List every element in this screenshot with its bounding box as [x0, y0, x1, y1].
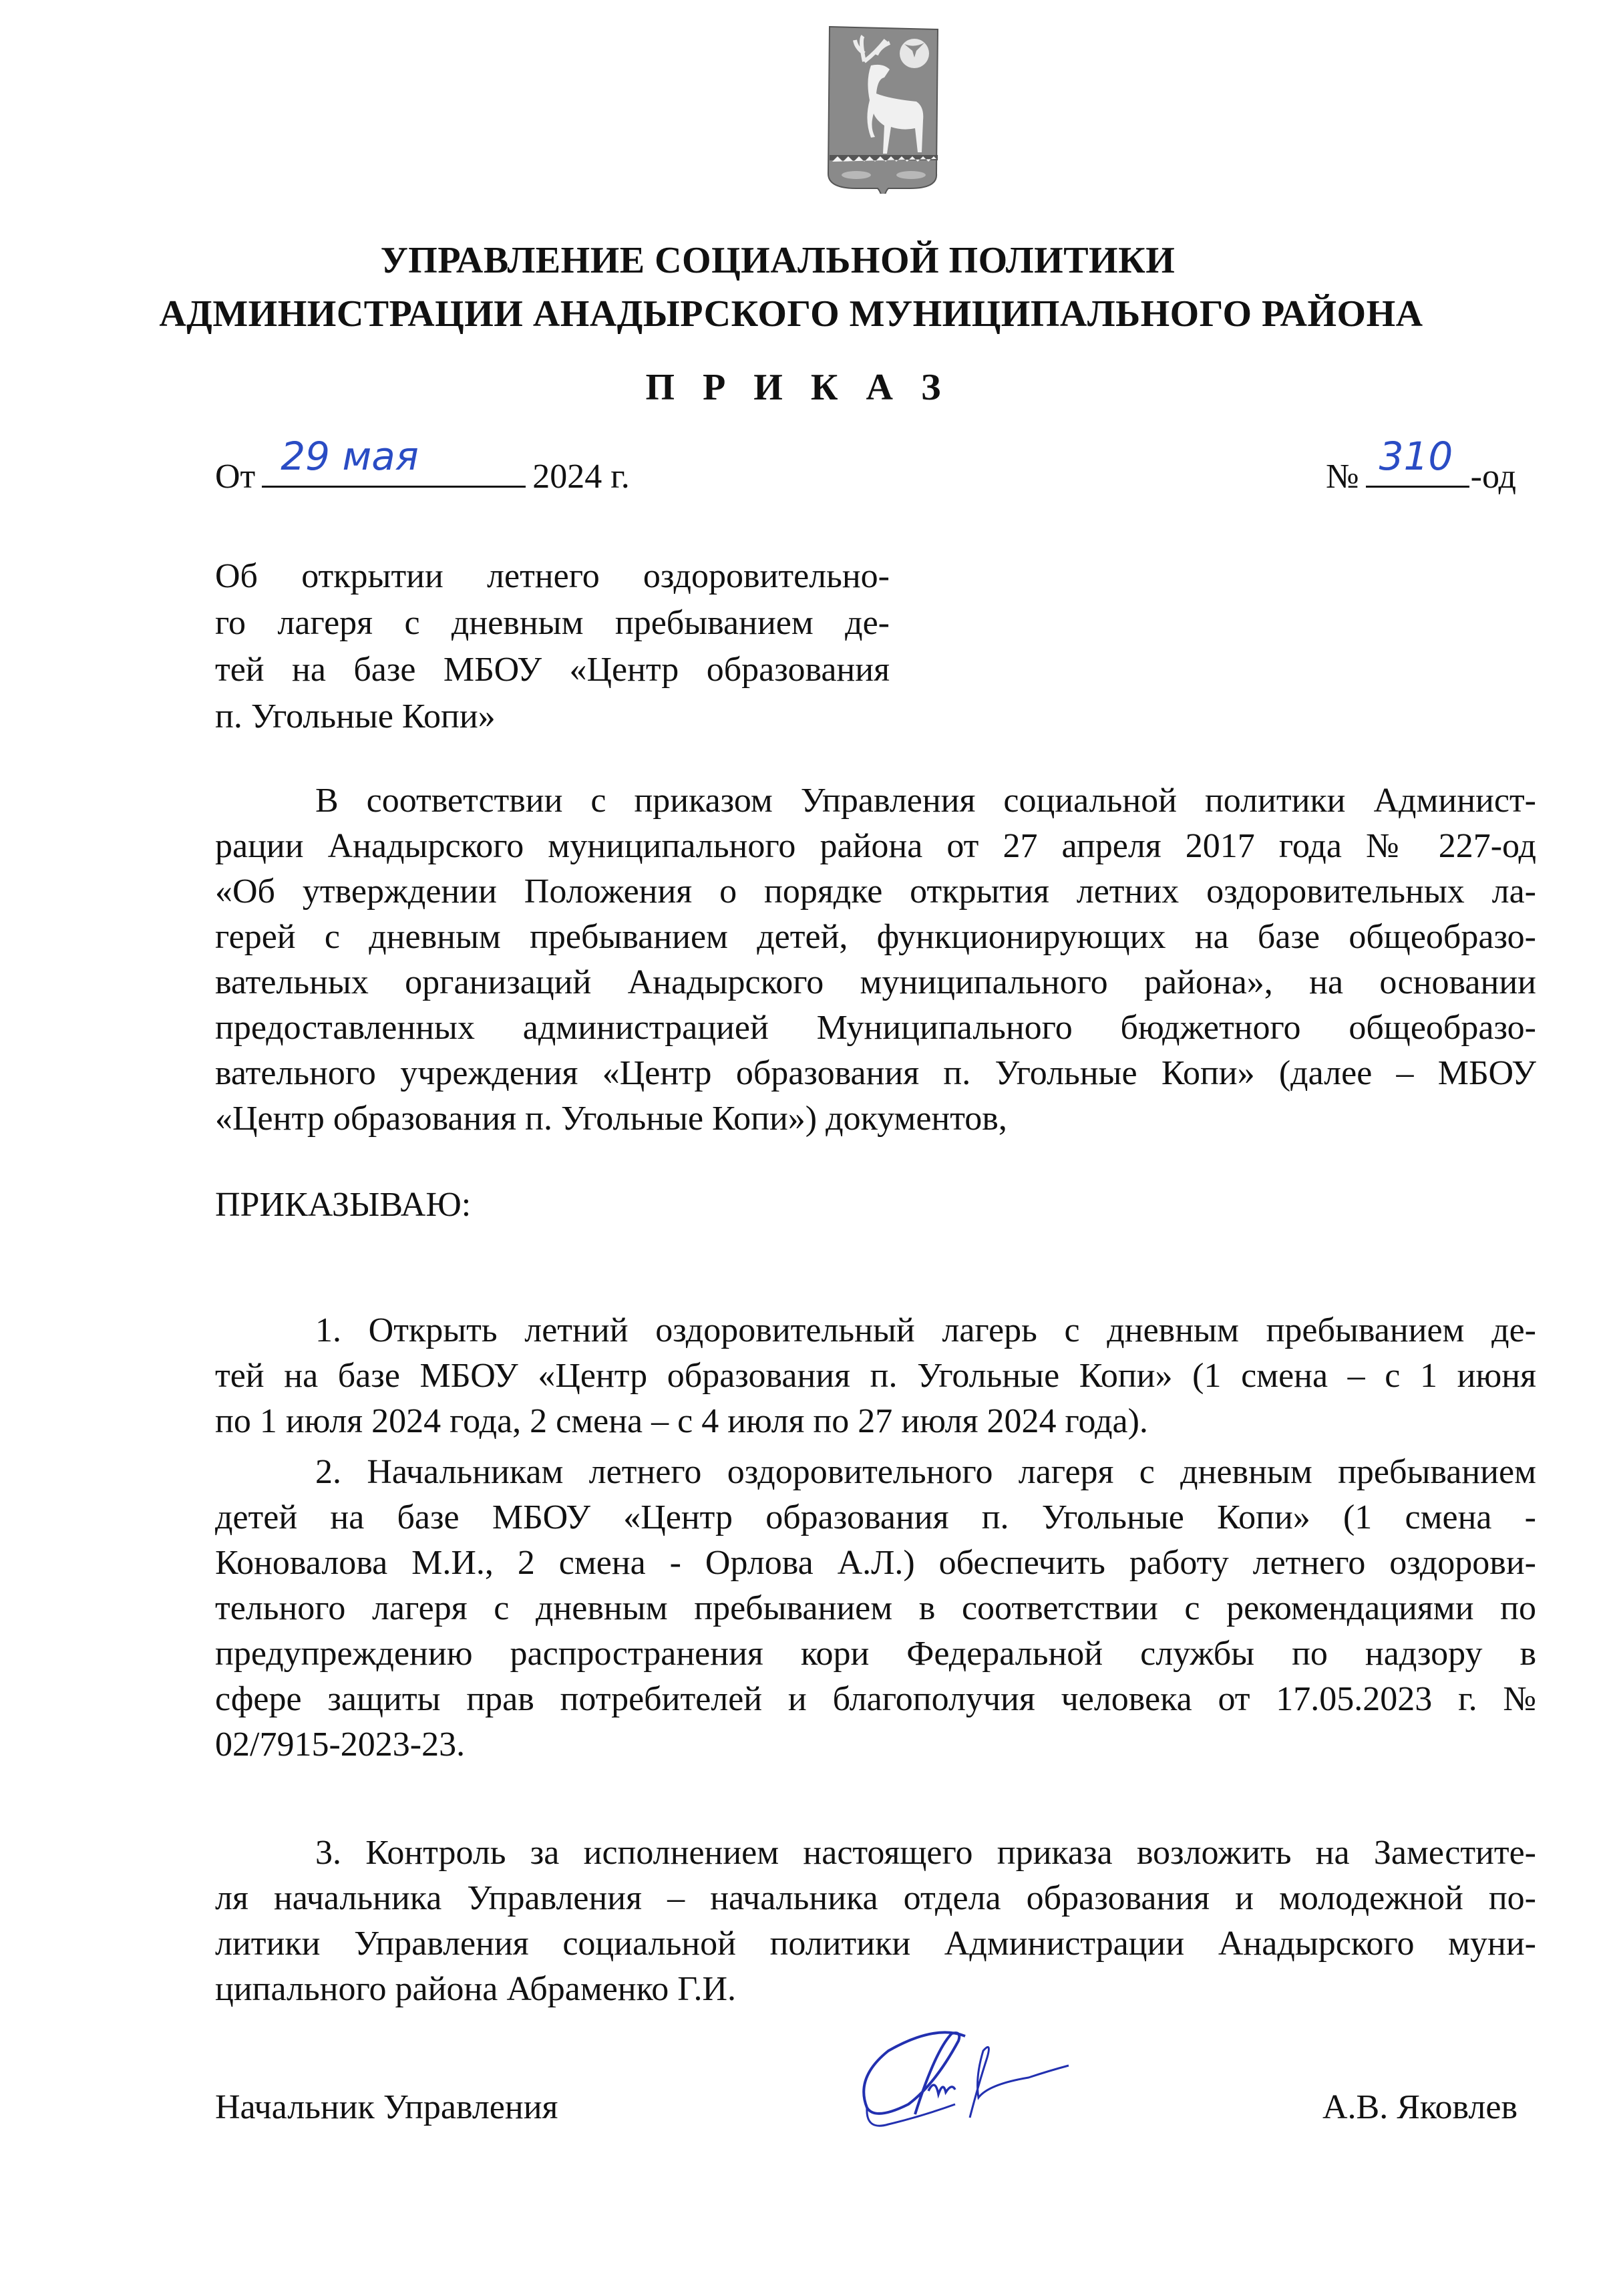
text-line: рации Анадырского муниципального района …: [215, 824, 1536, 869]
signatory-name: А.В. Яковлев: [1322, 2088, 1517, 2127]
text-line: предоставленных администрацией Муниципал…: [215, 1005, 1536, 1051]
handwritten-date: 29 мая: [281, 430, 418, 483]
text-line: вательных организаций Анадырского муници…: [215, 960, 1536, 1005]
order-item-2: 2. Начальникам летнего оздоровительного …: [215, 1450, 1536, 1768]
text-line: В соответствии с приказом Управления соц…: [215, 778, 1536, 824]
date-prefix: От: [215, 450, 255, 504]
handwritten-signature-icon: [828, 2004, 1082, 2138]
text-line: 3. Контроль за исполнением настоящего пр…: [215, 1830, 1536, 1876]
text-line: литики Управления социальной политики Ад…: [215, 1921, 1536, 1967]
date-field: 29 мая: [262, 444, 526, 488]
number-suffix: -од: [1471, 450, 1516, 504]
date-suffix: 2024 г.: [532, 450, 629, 504]
text-line: Коновалова М.И., 2 смена - Орлова А.Л.) …: [215, 1540, 1536, 1586]
text-line: по 1 июля 2024 года, 2 смена – с 4 июля …: [215, 1399, 1536, 1444]
coat-of-arms-icon: [823, 13, 938, 194]
organization-name-line-2: АДМИНИСТРАЦИИ АНАДЫРСКОГО МУНИЦИПАЛЬНОГО…: [0, 287, 1596, 341]
text-line: детей на базе МБОУ «Центр образования п.…: [215, 1495, 1536, 1540]
orders-label: ПРИКАЗЫВАЮ:: [215, 1182, 471, 1228]
preamble-paragraph: В соответствии с приказом Управления соц…: [215, 778, 1536, 1142]
subject-line: тей на базе МБОУ «Центр образования: [215, 647, 890, 693]
text-line: предупреждению распространения кори Феде…: [215, 1631, 1536, 1677]
text-line: вательного учреждения «Центр образования…: [215, 1051, 1536, 1096]
number-field: 310: [1366, 444, 1469, 488]
order-subject: Об открытии летнего оздоровительно- го л…: [215, 553, 890, 740]
handwritten-number: 310: [1379, 430, 1453, 483]
subject-line: го лагеря с дневным пребыванием де-: [215, 600, 890, 647]
text-line: 2. Начальникам летнего оздоровительного …: [215, 1450, 1536, 1495]
text-line: 02/7915-2023-23.: [215, 1722, 1536, 1768]
text-line: герей с дневным пребыванием детей, функц…: [215, 915, 1536, 960]
text-line: тей на базе МБОУ «Центр образования п. У…: [215, 1353, 1536, 1399]
number-line: № 310 -од: [1326, 444, 1516, 504]
subject-line: п. Угольные Копи»: [215, 693, 890, 740]
text-line: «Центр образования п. Угольные Копи») до…: [215, 1096, 1536, 1142]
text-line: сфере защиты прав потребителей и благопо…: [215, 1677, 1536, 1722]
signatory-position: Начальник Управления: [215, 2088, 558, 2127]
text-line: тельного лагеря с дневным пребыванием в …: [215, 1586, 1536, 1631]
organization-name-line-1: УПРАВЛЕНИЕ СОЦИАЛЬНОЙ ПОЛИТИКИ: [0, 234, 1582, 287]
text-line: «Об утверждении Положения о порядке откр…: [215, 869, 1536, 915]
date-line: От 29 мая 2024 г.: [215, 444, 630, 504]
order-item-3: 3. Контроль за исполнением настоящего пр…: [215, 1830, 1536, 2012]
subject-line: Об открытии летнего оздоровительно-: [215, 553, 890, 600]
text-line: ля начальника Управления – начальника от…: [215, 1876, 1536, 1921]
text-line: 1. Открыть летний оздоровительный лагерь…: [215, 1308, 1536, 1353]
document-title: П Р И К А З: [0, 366, 1602, 409]
number-prefix: №: [1326, 450, 1359, 504]
order-item-1: 1. Открыть летний оздоровительный лагерь…: [215, 1308, 1536, 1444]
